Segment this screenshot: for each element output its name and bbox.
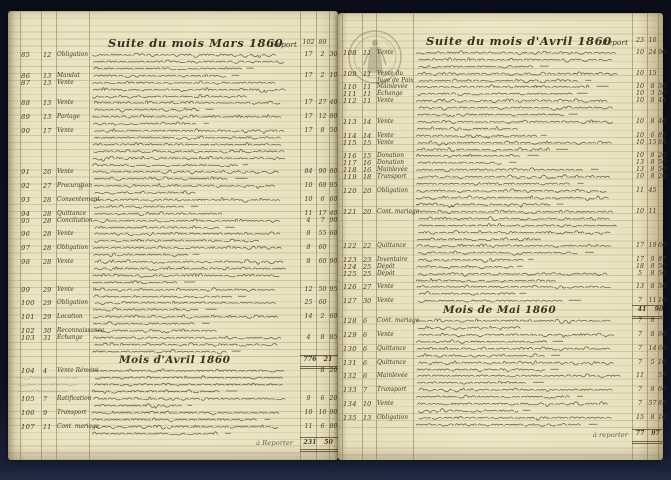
entry-text-scribble xyxy=(91,367,296,395)
entry-number: 107 xyxy=(21,423,40,431)
entry-day: 13 xyxy=(43,99,55,107)
fee-value: 10 xyxy=(633,139,647,146)
entry-text-scribble xyxy=(415,372,628,386)
entry-number: 106 xyxy=(21,409,40,417)
fee-value: 60 xyxy=(658,331,664,338)
entry-text-scribble xyxy=(91,79,296,100)
entry-row: 11515Vente101585 xyxy=(338,139,663,153)
page-header-right: Suite du mois d'Avril 1860 Report 23 10 xyxy=(338,33,663,49)
fee-value: 8 xyxy=(301,230,316,237)
entry-text-scribble xyxy=(415,159,628,166)
entry-type-label: Vente xyxy=(377,139,394,146)
entry-text-scribble xyxy=(91,182,296,196)
entry-row: 11918Transport10820 xyxy=(338,173,663,187)
fee-value: 5 xyxy=(647,359,658,366)
entry-text-scribble xyxy=(415,97,628,118)
entry-day: 6 xyxy=(363,331,375,339)
entry-day: 27 xyxy=(363,283,375,291)
entry-text-scribble xyxy=(91,286,296,300)
fee-value: 4 xyxy=(301,334,316,341)
entry-type-label: Cont. mariage xyxy=(377,208,419,215)
fee-value: 60 xyxy=(329,230,338,237)
fee-value: 57 xyxy=(647,400,658,407)
entry-text-scribble xyxy=(91,327,296,334)
fee-value: 55 xyxy=(658,372,664,379)
fee-value: 90 xyxy=(316,168,329,175)
entry-type-label: Vente xyxy=(377,118,394,125)
fee-value: 10 xyxy=(301,409,316,416)
entry-type-label: Quittance xyxy=(377,345,406,352)
fee-value: 2 xyxy=(316,51,329,58)
entry-text-scribble xyxy=(415,359,628,373)
entry-day: 12 xyxy=(43,51,55,59)
entry-text-scribble xyxy=(415,166,628,173)
entry-number: 113 xyxy=(343,118,361,126)
report-label: Report xyxy=(584,38,628,47)
entry-day: 28 xyxy=(43,244,55,252)
entry-number: 95 xyxy=(21,217,40,225)
fee-value: 11 xyxy=(301,423,316,430)
entry-text-scribble xyxy=(415,317,628,331)
fee-value: 12 xyxy=(301,286,316,293)
entry-type-label: Vente xyxy=(377,97,394,104)
entry-day: 28 xyxy=(43,196,55,204)
entry-day: 29 xyxy=(43,313,55,321)
entry-type-label: Obligation xyxy=(57,299,88,306)
entry-text-scribble xyxy=(415,132,628,139)
entry-text-scribble xyxy=(91,99,296,113)
entry-row: 1337Transport7860 xyxy=(338,386,663,400)
fee-value: 84 xyxy=(301,168,316,175)
fee-value: 90 xyxy=(658,49,664,56)
entry-text-scribble xyxy=(415,70,628,84)
fee-value: 8 xyxy=(647,97,658,104)
entry-number: 101 xyxy=(21,313,40,321)
entry-row: 12730Vente71110 xyxy=(338,297,663,304)
entry-type-label: Obligation xyxy=(57,51,88,58)
fee-value: 45 xyxy=(647,187,658,194)
entry-type-label: Obligation xyxy=(57,244,88,251)
entry-text-scribble xyxy=(91,51,296,72)
report-value: 102 xyxy=(301,39,316,46)
entry-row: 12627Vente13850 xyxy=(338,283,663,297)
entry-row: 1296Vente7860 xyxy=(338,331,663,345)
entry-day: 22 xyxy=(363,242,375,250)
entry-row: 12020Obligation1145 xyxy=(338,187,663,208)
entry-text-scribble xyxy=(91,334,296,355)
entry-day: 29 xyxy=(43,286,55,294)
report-label: Report xyxy=(253,40,297,49)
fee-value: 6 xyxy=(316,395,329,402)
fee-value: 4 xyxy=(301,217,316,224)
ledger-page-left: Suite du mois Mars 1860 Report 102 89 85… xyxy=(8,11,338,460)
entry-row: 12120Cont. mariage1011 xyxy=(338,208,663,243)
fee-value: 15 xyxy=(633,414,647,421)
entry-number: 112 xyxy=(343,97,361,105)
entry-text-scribble xyxy=(91,168,296,182)
fee-value: 85 xyxy=(658,139,664,146)
entry-row: 10911Vente duJuge de Paix1015 xyxy=(338,70,663,84)
fee-value: 14 xyxy=(647,345,658,352)
entry-type-label: Vente xyxy=(57,168,74,175)
entry-number: 131 xyxy=(343,359,361,367)
fee-value: 50 xyxy=(316,286,329,293)
fee-value: 8 xyxy=(647,173,658,180)
fee-value: 85 xyxy=(658,400,664,407)
fee-value: 17 xyxy=(301,113,316,120)
entry-day: 7 xyxy=(363,386,375,394)
fee-value: 10 xyxy=(633,97,647,104)
entry-number: 85 xyxy=(21,51,40,59)
entry-number: 133 xyxy=(343,386,361,394)
entry-text-scribble xyxy=(91,113,296,127)
entry-type-label: Vente xyxy=(57,127,74,134)
fee-value: 10 xyxy=(633,49,647,56)
entry-day: 11 xyxy=(43,423,55,431)
entry-day: 28 xyxy=(43,230,55,238)
entry-text-scribble xyxy=(415,256,628,263)
entry-type-label: Vente xyxy=(377,400,394,407)
subtotal-value: 41 xyxy=(633,306,651,313)
entry-number: 108 xyxy=(343,49,361,57)
entry-type-label: Procuration xyxy=(57,182,92,189)
entry-text-scribble xyxy=(415,118,628,132)
entry-number: 134 xyxy=(343,400,361,408)
entry-type-label: Transport xyxy=(57,409,86,416)
fee-value: 24 xyxy=(647,49,658,56)
fee-value: 7 xyxy=(633,400,647,407)
entry-type-label: Transport xyxy=(377,386,406,393)
fee-value: 8 xyxy=(316,127,329,134)
entry-number: 105 xyxy=(21,395,40,403)
fee-value: 90 xyxy=(329,409,338,416)
fee-value: 60 xyxy=(316,299,329,306)
entry-row: 8713Vente xyxy=(8,79,338,100)
fee-value: 50 xyxy=(329,127,338,134)
entry-type-label: Cont. mariage xyxy=(377,317,419,324)
entry-text-scribble xyxy=(415,242,628,256)
fee-value: 15 xyxy=(647,70,658,77)
month-title: Mois d'Avril 1860 xyxy=(119,354,230,366)
fee-value: 27 xyxy=(316,99,329,106)
entry-type-label: Obligation xyxy=(377,187,408,194)
subtotal-value: 776 xyxy=(301,356,319,363)
fee-value: 60 xyxy=(329,196,338,203)
entry-text-scribble xyxy=(415,49,628,70)
entry-row: 1316Quittance7510 xyxy=(338,359,663,373)
fee-value: 17 xyxy=(301,127,316,134)
entry-day: 7 xyxy=(43,395,55,403)
fee-value: 8 xyxy=(647,118,658,125)
entry-type-label: Transport xyxy=(377,173,406,180)
entry-day: 29 xyxy=(43,299,55,307)
entry-day: 9 xyxy=(43,409,55,417)
entry-text-scribble xyxy=(415,90,628,97)
fee-value: 13 xyxy=(633,283,647,290)
entry-type-label: Vente xyxy=(57,286,74,293)
entry-row: 9227Procuration8106895 xyxy=(8,182,338,196)
entry-text-scribble xyxy=(91,244,296,258)
entry-text-scribble xyxy=(91,313,296,327)
total-value: 97 xyxy=(649,430,662,437)
entry-text-scribble xyxy=(415,297,628,304)
entry-day: 18 xyxy=(363,173,375,181)
fee-value: 6 xyxy=(316,423,329,430)
entry-row: 13513Obligation15810 xyxy=(338,414,663,428)
fee-value: 7 xyxy=(633,317,647,324)
fee-value: 8 xyxy=(647,283,658,290)
fee-value: 8 xyxy=(301,258,316,265)
fee-value: 12 xyxy=(316,113,329,120)
entry-row: 13410Vente75785 xyxy=(338,400,663,414)
fee-value: 7 xyxy=(633,345,647,352)
entry-type-label: Vente xyxy=(377,331,394,338)
entry-row: 11211Vente10845 xyxy=(338,97,663,118)
entry-row: 8913Partage171280 xyxy=(8,113,338,127)
fee-value: 80 xyxy=(329,423,338,430)
fee-value: 6 xyxy=(316,196,329,203)
entry-number: 126 xyxy=(343,283,361,291)
entry-day: 25 xyxy=(363,270,375,278)
fee-value: 8 xyxy=(647,270,658,277)
pencil-note: 8 xyxy=(79,184,83,192)
entry-type-label: Vente xyxy=(377,283,394,290)
report-value: 23 xyxy=(633,37,647,44)
fee-value: 60 xyxy=(329,313,338,320)
fee-value: 17 xyxy=(301,99,316,106)
entry-text-scribble xyxy=(415,187,628,208)
entry-row: 10811Vente102490 xyxy=(338,49,663,70)
entry-type-label: Quittance xyxy=(377,242,406,249)
entry-text-scribble xyxy=(91,196,296,210)
fee-value: 60 xyxy=(316,258,329,265)
fee-value: 10 xyxy=(301,196,316,203)
entry-text-scribble xyxy=(415,386,628,400)
fee-value: 8 xyxy=(301,244,316,251)
fee-value: 90 xyxy=(329,217,338,224)
fee-value: 10 xyxy=(658,414,664,421)
entry-type-label: Ratification xyxy=(57,395,91,402)
entry-row: 10711Cont. mariage11680 xyxy=(8,423,338,437)
fee-value: 40 xyxy=(329,99,338,106)
fee-value: 10 xyxy=(633,208,647,215)
entry-text-scribble xyxy=(91,210,296,217)
entry-number: 88 xyxy=(21,99,40,107)
entry-day: 13 xyxy=(43,79,55,87)
entry-day: 15 xyxy=(363,139,375,147)
entry-row: 9328Consentement10660 xyxy=(8,196,338,210)
entry-row: 9728Obligation860 xyxy=(8,244,338,258)
fee-value: 80 xyxy=(329,113,338,120)
entry-text-scribble xyxy=(91,230,296,244)
entry-number: 121 xyxy=(343,208,361,216)
page-footer-left: à Reporter 231 50 xyxy=(8,436,338,450)
fee-value: 10 xyxy=(316,409,329,416)
entry-row: 12222Quittance171960 xyxy=(338,242,663,256)
entry-type-label: Vente xyxy=(57,258,74,265)
fee-value: 7 xyxy=(316,217,329,224)
entry-row: 1286Cont. mariage78 xyxy=(338,317,663,331)
entry-row: 1326Mainlevée1155 xyxy=(338,372,663,386)
fee-value: 20 xyxy=(329,395,338,402)
entry-number: 91 xyxy=(21,168,40,176)
entry-number: 120 xyxy=(343,187,361,195)
entry-day: 13 xyxy=(363,414,375,422)
entry-number: 93 xyxy=(21,196,40,204)
entry-day: 31 xyxy=(43,334,55,342)
entry-day: 6 xyxy=(363,345,375,353)
entry-type-label: Location xyxy=(57,313,83,320)
fee-value: 8 xyxy=(316,334,329,341)
entry-number: 98 xyxy=(21,258,40,266)
fee-value: 68 xyxy=(316,182,329,189)
entry-number: 119 xyxy=(343,173,361,181)
entry-type-label: Obligation xyxy=(377,414,408,421)
entry-text-scribble xyxy=(415,173,628,187)
entry-day: 13 xyxy=(43,113,55,121)
entry-number: 109 xyxy=(343,70,361,78)
entry-day: 6 xyxy=(363,372,375,380)
page-header-left: Suite du mois Mars 1860 Report 102 89 xyxy=(8,35,338,51)
fee-value: 10 xyxy=(301,182,316,189)
entry-day: 27 xyxy=(43,182,55,190)
fee-value: 95 xyxy=(329,182,338,189)
entry-text-scribble xyxy=(91,217,296,231)
fee-value: 60 xyxy=(658,345,664,352)
fee-value: 10 xyxy=(633,70,647,77)
entry-type-label: Conciliation xyxy=(57,217,93,224)
entry-type-label: Vente xyxy=(57,230,74,237)
fee-value: 2 xyxy=(316,313,329,320)
entry-number: 132 xyxy=(343,372,361,380)
entry-row: 1069Transport101090 xyxy=(8,409,338,423)
entry-text-scribble xyxy=(415,400,628,414)
entry-day: 28 xyxy=(43,258,55,266)
entry-type-label: Dépôt xyxy=(377,270,395,277)
fee-value: 95 xyxy=(329,286,338,293)
fee-value: 55 xyxy=(316,230,329,237)
entry-row: 11314Vente10840 xyxy=(338,118,663,132)
fee-value: 8 xyxy=(316,367,329,374)
entry-day: 28 xyxy=(43,217,55,225)
fee-value: 11 xyxy=(647,208,658,215)
entry-row: 1306Quittance71460 xyxy=(338,345,663,359)
entry-text-scribble xyxy=(91,299,296,313)
fee-value: 11 xyxy=(633,372,647,379)
total-value: 231 xyxy=(301,439,319,446)
entry-number: 92 xyxy=(21,182,40,190)
page-footer-right: à reporter 77 97 xyxy=(338,428,663,442)
subtotal-value: 21 xyxy=(321,356,335,363)
carry-forward-label: à reporter xyxy=(508,431,628,439)
entry-number: 96 xyxy=(21,230,40,238)
entry-number: 128 xyxy=(343,317,361,325)
entry-row: 9126Vente849080 xyxy=(8,168,338,182)
entry-row: 1044Vente Réméré820 xyxy=(8,367,338,395)
subtotal-value: 90 xyxy=(652,306,666,313)
entry-row: 9017Vente17850 xyxy=(8,127,338,168)
entry-day: 11 xyxy=(363,49,375,57)
entry-text-scribble xyxy=(91,423,296,437)
entry-number: 115 xyxy=(343,139,361,147)
entry-row: 10029Obligation2560 xyxy=(8,299,338,313)
entry-number: 90 xyxy=(21,127,40,135)
entry-text-scribble xyxy=(415,283,628,297)
entry-type-label: Échange xyxy=(57,334,83,341)
entry-text-scribble xyxy=(91,127,296,168)
fee-value: 17 xyxy=(301,51,316,58)
entry-day: 26 xyxy=(43,168,55,176)
entry-row: 9828Vente86090 xyxy=(8,258,338,286)
entry-day: 6 xyxy=(363,317,375,325)
fee-value: 60 xyxy=(658,386,664,393)
fee-value: 7 xyxy=(633,331,647,338)
fee-value: 50 xyxy=(658,283,664,290)
fee-value: 9 xyxy=(301,395,316,402)
fee-value: 19 xyxy=(647,242,658,249)
fee-value: 11 xyxy=(633,187,647,194)
entry-row: 1057Ratification9620 xyxy=(8,395,338,409)
entry-row: 9929Vente125095 xyxy=(8,286,338,300)
fee-value: 85 xyxy=(329,334,338,341)
fee-value: 30 xyxy=(329,51,338,58)
fee-value: 20 xyxy=(329,367,338,374)
fee-value: 40 xyxy=(658,118,664,125)
entry-text-scribble xyxy=(91,395,296,409)
fee-value: 10 xyxy=(633,118,647,125)
fee-value: 15 xyxy=(647,139,658,146)
entry-number: 87 xyxy=(21,79,40,87)
entry-text-scribble xyxy=(415,263,628,270)
entry-number: 135 xyxy=(343,414,361,422)
fee-value: 50 xyxy=(658,270,664,277)
entry-day: 17 xyxy=(43,127,55,135)
entry-number: 97 xyxy=(21,244,40,252)
entry-text-scribble xyxy=(91,72,296,79)
pencil-note-scribble xyxy=(15,374,85,395)
carry-forward-label: à Reporter xyxy=(168,439,293,447)
fee-value: 25 xyxy=(301,299,316,306)
entry-row: 12525Dépôt5850 xyxy=(338,270,663,284)
entry-number: 99 xyxy=(21,286,40,294)
fee-value: 10 xyxy=(658,359,664,366)
fee-value: 8 xyxy=(647,414,658,421)
entry-row: 9528Conciliation4790 xyxy=(8,217,338,231)
entry-number: 100 xyxy=(21,299,40,307)
entry-day: 14 xyxy=(363,118,375,126)
entry-number: 130 xyxy=(343,345,361,353)
fee-value: 10 xyxy=(633,173,647,180)
fee-value: 20 xyxy=(658,173,664,180)
entry-text-scribble xyxy=(91,409,296,423)
entry-text-scribble xyxy=(415,139,628,153)
fee-value: 60 xyxy=(658,242,664,249)
fee-value: 45 xyxy=(658,97,664,104)
entry-text-scribble xyxy=(415,270,628,284)
total-value: 77 xyxy=(633,430,647,437)
entry-text-scribble xyxy=(415,331,628,345)
entry-number: 103 xyxy=(21,334,40,342)
entry-text-scribble xyxy=(415,152,628,159)
entry-type-label: Mainlevée xyxy=(377,372,408,379)
entry-number: 122 xyxy=(343,242,361,250)
fee-value: 8 xyxy=(647,317,658,324)
entry-number: 129 xyxy=(343,331,361,339)
entry-text-scribble xyxy=(415,414,628,428)
entry-day: 11 xyxy=(363,97,375,105)
fee-value: 5 xyxy=(633,270,647,277)
ledger-page-right: Suite du mois d'Avril 1860 Report 23 10 … xyxy=(338,13,663,460)
